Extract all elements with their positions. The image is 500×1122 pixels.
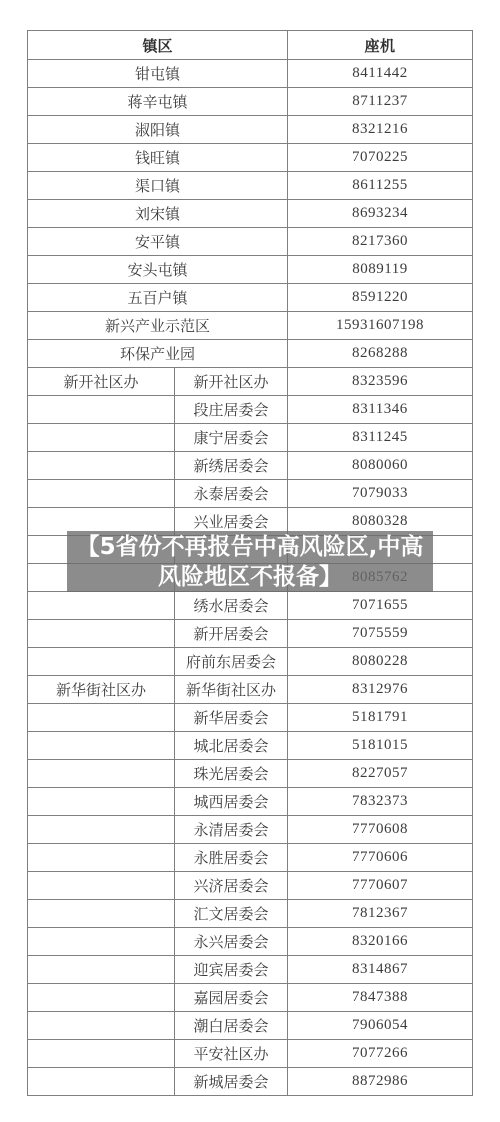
table-row: 钳屯镇8411442: [28, 59, 472, 87]
phone-cell: 5181015: [287, 732, 472, 759]
town-cell: 安头屯镇: [28, 256, 287, 283]
phone-cell: 7847388: [287, 984, 472, 1011]
phone-cell: 8693234: [287, 200, 472, 227]
table-row: 兴济居委会7770607: [28, 871, 472, 899]
office-cell: [28, 788, 174, 815]
phone-cell: 8314867: [287, 956, 472, 983]
phone-cell: 7812367: [287, 900, 472, 927]
table-row: 新绣居委会8080060: [28, 451, 472, 479]
office-cell: [28, 900, 174, 927]
phone-cell: 5181791: [287, 704, 472, 731]
table-row: 淑阳镇8321216: [28, 115, 472, 143]
page: 镇区 座机 钳屯镇8411442蒋辛屯镇8711237淑阳镇8321216钱旺镇…: [0, 0, 500, 1122]
phone-cell: 7071655: [287, 592, 472, 619]
table-row: 刘宋镇8693234: [28, 199, 472, 227]
phone-cell: 8312976: [287, 676, 472, 703]
phone-cell: 8323596: [287, 368, 472, 395]
table-row: 新开居委会7075559: [28, 619, 472, 647]
phone-cell: 8711237: [287, 88, 472, 115]
table-row: 城北居委会5181015: [28, 731, 472, 759]
committee-cell: 新华居委会: [174, 704, 287, 731]
phone-cell: 8080060: [287, 452, 472, 479]
table-row: 汇文居委会7812367: [28, 899, 472, 927]
office-cell: [28, 592, 174, 619]
table-row: 潮白居委会7906054: [28, 1011, 472, 1039]
office-cell: [28, 732, 174, 759]
office-cell: [28, 424, 174, 451]
office-cell: [28, 1068, 174, 1095]
phone-cell: 7906054: [287, 1012, 472, 1039]
phone-cell: 7079033: [287, 480, 472, 507]
phone-cell: 8080228: [287, 648, 472, 675]
committee-cell: 兴济居委会: [174, 872, 287, 899]
phone-cell: 8311245: [287, 424, 472, 451]
office-cell: [28, 480, 174, 507]
header-landline: 座机: [287, 31, 472, 59]
phone-cell: 7077266: [287, 1040, 472, 1067]
town-cell: 新兴产业示范区: [28, 312, 287, 339]
phone-cell: 7770606: [287, 844, 472, 871]
table-row: 绣水居委会7071655: [28, 591, 472, 619]
table-row: 新兴产业示范区15931607198: [28, 311, 472, 339]
committee-cell: 平安社区办: [174, 1040, 287, 1067]
office-cell: [28, 396, 174, 423]
table-row: 新开社区办新开社区办8323596: [28, 367, 472, 395]
committee-cell: 城北居委会: [174, 732, 287, 759]
town-cell: 刘宋镇: [28, 200, 287, 227]
table-row: 迎宾居委会8314867: [28, 955, 472, 983]
committee-cell: 汇文居委会: [174, 900, 287, 927]
office-cell: [28, 620, 174, 647]
phone-cell: 8089119: [287, 256, 472, 283]
town-cell: 钳屯镇: [28, 60, 287, 87]
committee-cell: 永胜居委会: [174, 844, 287, 871]
table-header-row: 镇区 座机: [28, 31, 472, 59]
table-row: 蒋辛屯镇8711237: [28, 87, 472, 115]
table-row: 钱旺镇7070225: [28, 143, 472, 171]
committee-cell: 永泰居委会: [174, 480, 287, 507]
phone-cell: 8227057: [287, 760, 472, 787]
phone-cell: 15931607198: [287, 312, 472, 339]
table-row: 五百户镇8591220: [28, 283, 472, 311]
phone-cell: 7770607: [287, 872, 472, 899]
phone-cell: 8268288: [287, 340, 472, 367]
table-row: 安头屯镇8089119: [28, 255, 472, 283]
table-row: 新华居委会5181791: [28, 703, 472, 731]
headline-overlay: 【5省份不再报告中高风险区,中高风险地区不报备】: [67, 531, 433, 592]
town-cell: 淑阳镇: [28, 116, 287, 143]
committee-cell: 迎宾居委会: [174, 956, 287, 983]
phone-cell: 8872986: [287, 1068, 472, 1095]
table-row: 渠口镇8611255: [28, 171, 472, 199]
committee-cell: 珠光居委会: [174, 760, 287, 787]
table-row: 康宁居委会8311245: [28, 423, 472, 451]
office-cell: [28, 1012, 174, 1039]
town-cell: 蒋辛屯镇: [28, 88, 287, 115]
committee-cell: 新华街社区办: [174, 676, 287, 703]
committee-cell: 新绣居委会: [174, 452, 287, 479]
office-cell: [28, 760, 174, 787]
phone-cell: 8321216: [287, 116, 472, 143]
town-cell: 钱旺镇: [28, 144, 287, 171]
phone-cell: 7075559: [287, 620, 472, 647]
table-row: 平安社区办7077266: [28, 1039, 472, 1067]
headline-text: 【5省份不再报告中高风险区,中高风险地区不报备】: [67, 532, 433, 592]
office-cell: [28, 956, 174, 983]
table-row: 永兴居委会8320166: [28, 927, 472, 955]
phone-cell: 8320166: [287, 928, 472, 955]
table-row: 新华街社区办新华街社区办8312976: [28, 675, 472, 703]
committee-cell: 绣水居委会: [174, 592, 287, 619]
committee-cell: 潮白居委会: [174, 1012, 287, 1039]
town-cell: 五百户镇: [28, 284, 287, 311]
phone-cell: 8591220: [287, 284, 472, 311]
office-cell: [28, 844, 174, 871]
phone-cell: 7070225: [287, 144, 472, 171]
committee-cell: 嘉园居委会: [174, 984, 287, 1011]
table-row: 新城居委会8872986: [28, 1067, 472, 1095]
header-town: 镇区: [28, 31, 287, 59]
table-row: 府前东居委会8080228: [28, 647, 472, 675]
table-row: 环保产业园8268288: [28, 339, 472, 367]
office-cell: 新开社区办: [28, 368, 174, 395]
phone-cell: 8311346: [287, 396, 472, 423]
committee-cell: 城西居委会: [174, 788, 287, 815]
office-cell: [28, 928, 174, 955]
table-row: 段庄居委会8311346: [28, 395, 472, 423]
committee-cell: 永清居委会: [174, 816, 287, 843]
town-cell: 安平镇: [28, 228, 287, 255]
committee-cell: 府前东居委会: [174, 648, 287, 675]
office-cell: [28, 816, 174, 843]
committee-cell: 段庄居委会: [174, 396, 287, 423]
committee-cell: 永兴居委会: [174, 928, 287, 955]
phone-cell: 7832373: [287, 788, 472, 815]
table-row: 安平镇8217360: [28, 227, 472, 255]
table-row: 永泰居委会7079033: [28, 479, 472, 507]
table-row: 嘉园居委会7847388: [28, 983, 472, 1011]
table-row: 永清居委会7770608: [28, 815, 472, 843]
table-row: 珠光居委会8227057: [28, 759, 472, 787]
office-cell: [28, 1040, 174, 1067]
committee-cell: 新城居委会: [174, 1068, 287, 1095]
office-cell: [28, 872, 174, 899]
committee-cell: 新开社区办: [174, 368, 287, 395]
phone-cell: 8217360: [287, 228, 472, 255]
phone-cell: 8411442: [287, 60, 472, 87]
town-cell: 渠口镇: [28, 172, 287, 199]
office-cell: [28, 452, 174, 479]
committee-cell: 新开居委会: [174, 620, 287, 647]
office-cell: 新华街社区办: [28, 676, 174, 703]
table-row: 城西居委会7832373: [28, 787, 472, 815]
phone-cell: 7770608: [287, 816, 472, 843]
office-cell: [28, 704, 174, 731]
office-cell: [28, 648, 174, 675]
table-row: 永胜居委会7770606: [28, 843, 472, 871]
office-cell: [28, 984, 174, 1011]
committee-cell: 康宁居委会: [174, 424, 287, 451]
phone-cell: 8611255: [287, 172, 472, 199]
town-cell: 环保产业园: [28, 340, 287, 367]
